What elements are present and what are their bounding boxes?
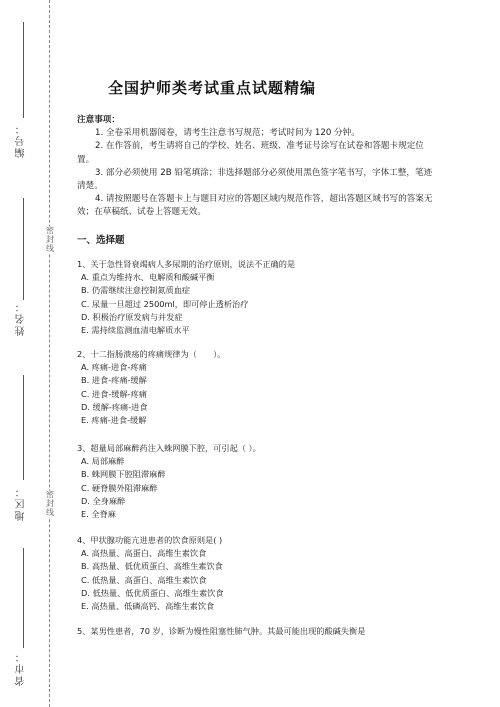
option-d[interactable]: D. 积极治疗原发病与并发症 <box>77 311 437 324</box>
seal-dashed-line <box>49 0 50 707</box>
notice-item: 2. 在作答前，考生请将自己的学校、姓名、班级、准考证号涂写在试卷和答题卡规定位… <box>77 140 437 166</box>
option-d[interactable]: D. 低热量、低优质蛋白、高维生素饮食 <box>77 587 437 600</box>
option-b[interactable]: B. 进食-疼痛-缓解 <box>77 374 437 387</box>
seal-label-1: 密封线 <box>44 226 56 253</box>
option-d[interactable]: D. 缓解-疼痛-进食 <box>77 401 437 414</box>
notice-item: 3. 部分必须使用 2B 铅笔填涂；非选择题部分必须使用黑色签字笔书写，字体工整… <box>77 167 437 193</box>
section-title: 一、选择题 <box>77 232 125 246</box>
option-e[interactable]: E. 需持续监测血清电解质水平 <box>77 324 437 337</box>
option-a[interactable]: A. 高热量、高蛋白、高维生素饮食 <box>77 547 437 560</box>
field-label-province: 省市： <box>14 650 32 686</box>
option-d[interactable]: D. 全身麻醉 <box>77 495 437 508</box>
page-title: 全国护师类考试重点试题精编 <box>108 77 316 98</box>
option-e[interactable]: E. 疼痛-进食-缓解 <box>77 414 437 427</box>
exam-page: 密封线 密封线 编号： 姓名： 地区： 省市： 全国护师类考试重点试题精编 注意… <box>0 0 500 707</box>
field-line-region <box>23 375 24 480</box>
option-b[interactable]: B. 高热量、低优质蛋白、高维生素饮食 <box>77 560 437 573</box>
question-stem: 2、十二指肠溃疡的疼痛规律为（ ）。 <box>77 348 437 361</box>
seal-label-2: 密封线 <box>44 490 56 517</box>
question-stem: 5、某男性患者，70 岁，诊断为慢性阻塞性肺气肿。其最可能出现的酸碱失衡是 <box>77 625 437 638</box>
option-a[interactable]: A. 重点为维持水、电解质和酸碱平衡 <box>77 271 437 284</box>
question-stem: 4、甲状腺功能亢进患者的饮食原则是( ) <box>77 534 437 547</box>
notice-item: 1. 全卷采用机器阅卷，请考生注意书写规范；考试时间为 120 分钟。 <box>77 127 437 140</box>
option-e[interactable]: E. 高热量、低磷高钙、高维生素饮食 <box>77 600 437 613</box>
field-line-province <box>23 548 24 648</box>
option-c[interactable]: C. 进食-缓解-疼痛 <box>77 388 437 401</box>
question-4: 4、甲状腺功能亢进患者的饮食原则是( ) A. 高热量、高蛋白、高维生素饮食 B… <box>77 534 437 613</box>
option-c[interactable]: C. 低热量、高蛋白、高维生素饮食 <box>77 574 437 587</box>
question-5: 5、某男性患者，70 岁，诊断为慢性阻塞性肺气肿。其最可能出现的酸碱失衡是 <box>77 625 437 638</box>
field-line-number <box>23 22 24 118</box>
question-stem: 1、关于急性肾衰竭病人多尿期的治疗原则，说法不正确的是 <box>77 258 437 271</box>
option-c[interactable]: C. 硬脊膜外阻滞麻醉 <box>77 482 437 495</box>
option-a[interactable]: A. 局部麻醉 <box>77 455 437 468</box>
option-a[interactable]: A. 疼痛-进食-疼痛 <box>77 361 437 374</box>
notice-item: 4. 请按照题号在答题卡上与题目对应的答题区域内规范作答，超出答题区域书写的答案… <box>77 193 437 219</box>
notice-block: 注意事项： 1. 全卷采用机器阅卷，请考生注意书写规范；考试时间为 120 分钟… <box>77 114 437 220</box>
field-label-name: 姓名： <box>14 300 32 336</box>
option-b[interactable]: B. 蛛网膜下腔阻滞麻醉 <box>77 468 437 481</box>
field-line-name <box>23 198 24 300</box>
question-stem: 3、超量局部麻醉药注入蛛网膜下腔，可引起（ ）。 <box>77 442 437 455</box>
option-c[interactable]: C. 尿量一旦超过 2500ml，即可停止透析治疗 <box>77 298 437 311</box>
question-3: 3、超量局部麻醉药注入蛛网膜下腔，可引起（ ）。 A. 局部麻醉 B. 蛛网膜下… <box>77 442 437 521</box>
notice-heading: 注意事项： <box>77 114 437 127</box>
field-label-region: 地区： <box>14 485 32 521</box>
field-label-number: 编号： <box>14 122 32 158</box>
option-b[interactable]: B. 仍需继续注意控制氮质血症 <box>77 284 437 297</box>
question-2: 2、十二指肠溃疡的疼痛规律为（ ）。 A. 疼痛-进食-疼痛 B. 进食-疼痛-… <box>77 348 437 427</box>
question-1: 1、关于急性肾衰竭病人多尿期的治疗原则，说法不正确的是 A. 重点为维持水、电解… <box>77 258 437 337</box>
option-e[interactable]: E. 全脊麻 <box>77 508 437 521</box>
